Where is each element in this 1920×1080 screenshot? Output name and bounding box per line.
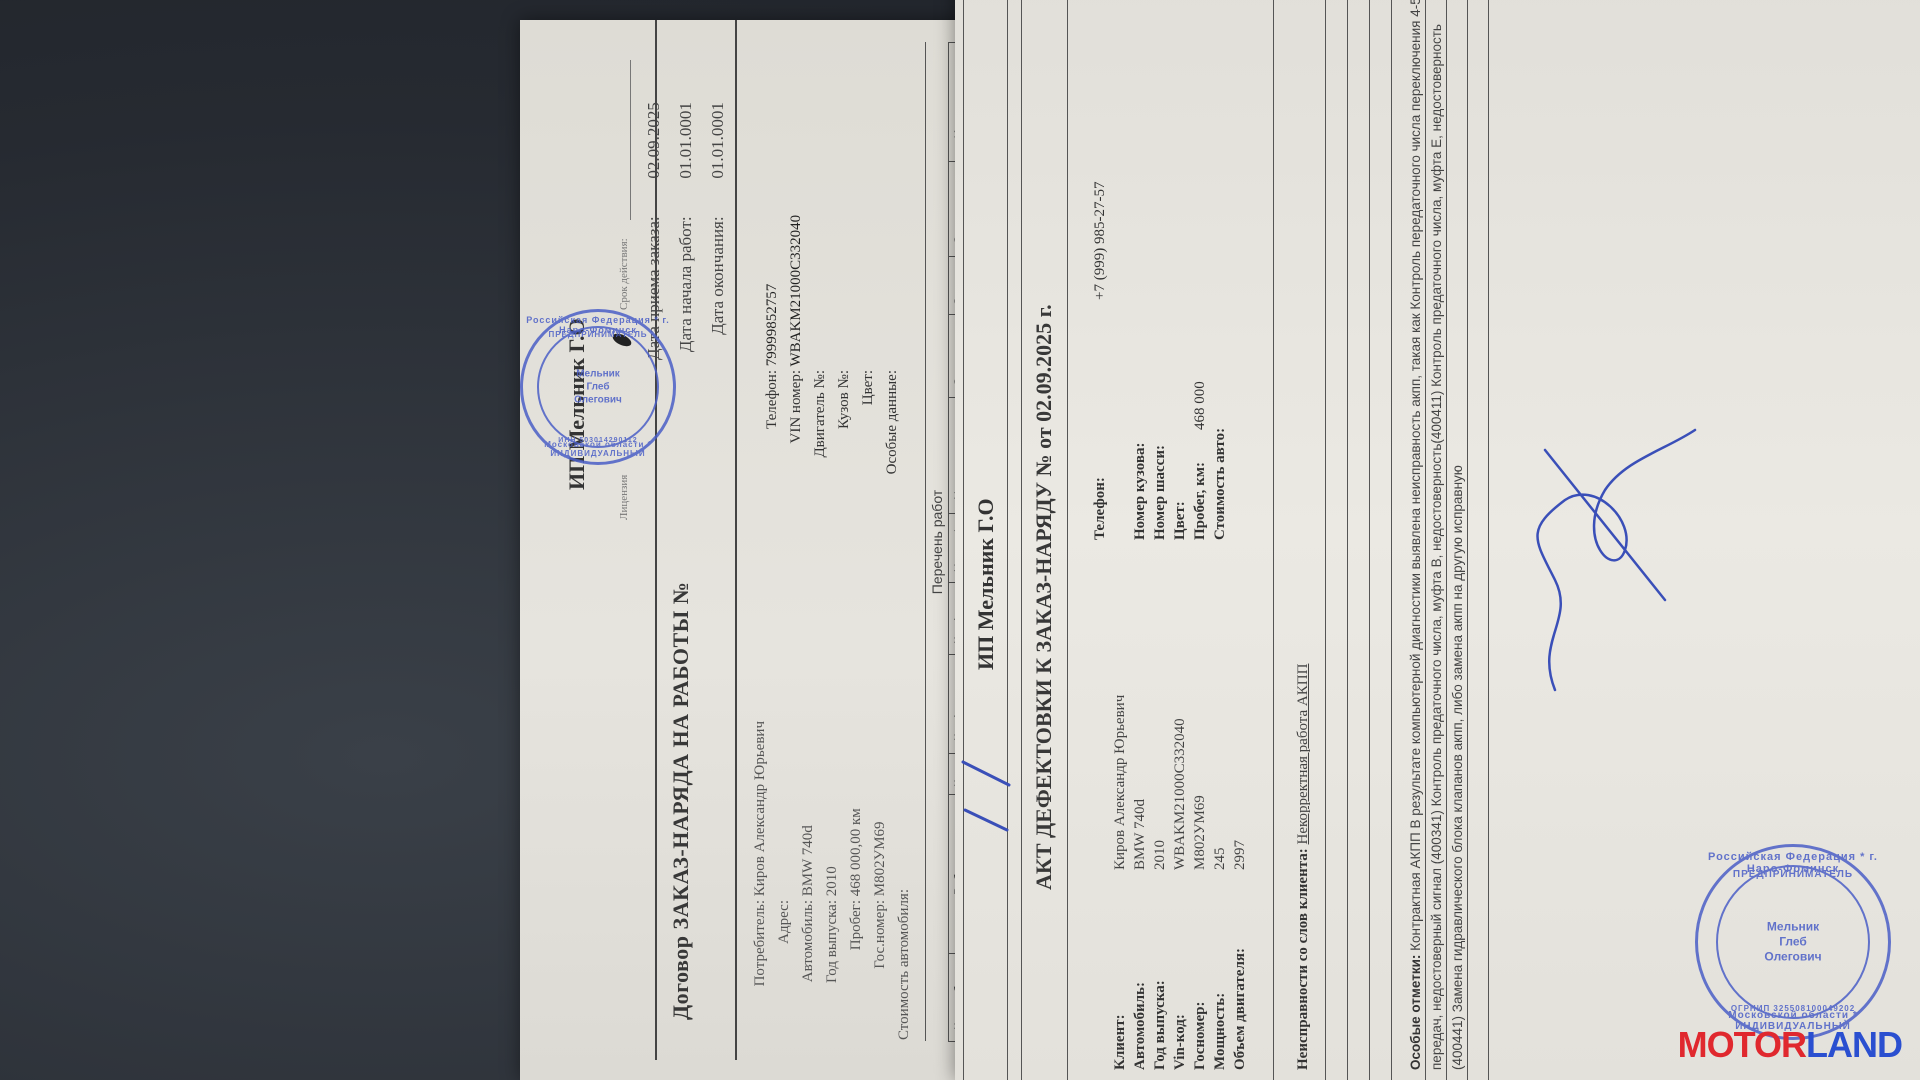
customer-field: Автомобиль: BMW 740d [796,721,820,1040]
act-vehicle-fields: Телефон:+7 (999) 985-27-57 Номер кузова:… [1090,182,1230,540]
customer-field: Год выпуска: 2010 [820,721,844,1040]
act-field: Номер шасси: [1150,182,1170,540]
act-field: Vin-код:WBAKM21000C332040 [1170,695,1190,1070]
special-notes: Особые отметки: Контрактная АКПП В резул… [1405,0,1468,1070]
act-field: Год выпуска:2010 [1150,695,1170,1070]
customer-info: Потребитель: Киров Александр Юрьевич Адр… [748,721,916,1040]
blank-rule-2 [1347,0,1348,1080]
stamp-owner-name: Мельник Глеб Олегович [1698,920,1888,965]
title-rule-bottom [1067,0,1068,1080]
title-band-top [655,20,657,1060]
act-field: Телефон:+7 (999) 985-27-57 [1090,182,1110,540]
act-business-name: ИП Мельник Г.О [973,498,999,670]
vehicle-field: Кузов №: [832,215,856,520]
act-field [1110,182,1130,540]
contract-title: Договор ЗАКАЗ-НАРЯДА НА РАБОТЫ № [668,582,694,1020]
act-field: Клиент:Киров Александр Юрьевич [1110,695,1130,1070]
customer-field: Гос.номер: M802УМ69 [868,721,892,1040]
blank-rule-1 [1325,0,1326,1080]
validity-label: Срок действия: [618,238,630,310]
act-field: Цвет: [1170,182,1190,540]
header-rule [1007,0,1008,1080]
stamp-owner-name: Мельник Глеб Олегович [523,368,673,407]
act-field: Автомобиль:BMW 740d [1130,695,1150,1070]
blank-rule-4 [1391,0,1392,1080]
validity-line [630,60,631,220]
defect-act-document: ИП Мельник Г.О АКТ ДЕФЕКТОВКИ К ЗАКАЗ-НА… [955,0,1920,1080]
act-field: Номер кузова: [1130,182,1150,540]
works-table-caption: Перечень работ [926,43,949,1042]
pen-checkmark-icon [957,720,1017,840]
date-row: Дата начала работ: 01.01.0001 [670,102,702,360]
vehicle-info: Телефон: 79999852757 VIN номер: WBAKM210… [760,215,904,520]
notes-rule-1 [1425,0,1426,1080]
vehicle-field: Цвет: [856,215,880,520]
client-complaint: Неисправности со слов клиента: Некоррект… [1295,664,1312,1070]
customer-field: Пробег: 468 000,00 км [844,721,868,1040]
vehicle-field: VIN номер: WBAKM21000C332040 [784,215,808,520]
act-field: Пробег, км:468 000 [1190,182,1210,540]
signature-icon [1515,420,1715,700]
notes-rule-4 [1488,0,1489,1080]
vehicle-field: Особые данные: [880,215,904,520]
act-field: Госномер:M802УМ69 [1190,695,1210,1070]
company-stamp: Российская Федерация * г. Наро-Фоминск П… [520,309,676,465]
act-client-fields: Клиент:Киров Александр Юрьевич Автомобил… [1110,695,1250,1070]
title-rule-top [1021,0,1022,1080]
blank-rule-3 [1369,0,1370,1080]
act-title: АКТ ДЕФЕКТОВКИ К ЗАКАЗ-НАРЯДУ № от 02.09… [1031,304,1057,890]
title-band-bottom [735,20,737,1060]
company-stamp: Российская Федерация * г. Наро-Фоминск П… [1695,844,1891,1040]
license-label: Лицензия [618,475,630,520]
motorland-watermark-logo: MOTORLAND [1678,1024,1902,1066]
act-field: Мощность:245 [1210,695,1230,1070]
sheet-top-rule [963,0,964,1080]
act-field: Стоимость авто: [1210,182,1230,540]
date-row: Дата окончания: 01.01.0001 [702,102,734,360]
vehicle-field: Телефон: 79999852757 [760,215,784,520]
customer-field: Адрес: [772,721,796,1040]
customer-field: Потребитель: Киров Александр Юрьевич [748,721,772,1040]
act-field: Объем двигателя:2997 [1230,695,1250,1070]
notes-rule-3 [1467,0,1468,1080]
customer-field: Стоимость автомобиля: [892,721,916,1040]
vehicle-field: Двигатель №: [808,215,832,520]
fields-rule [1273,0,1274,1080]
notes-rule-2 [1446,0,1447,1080]
